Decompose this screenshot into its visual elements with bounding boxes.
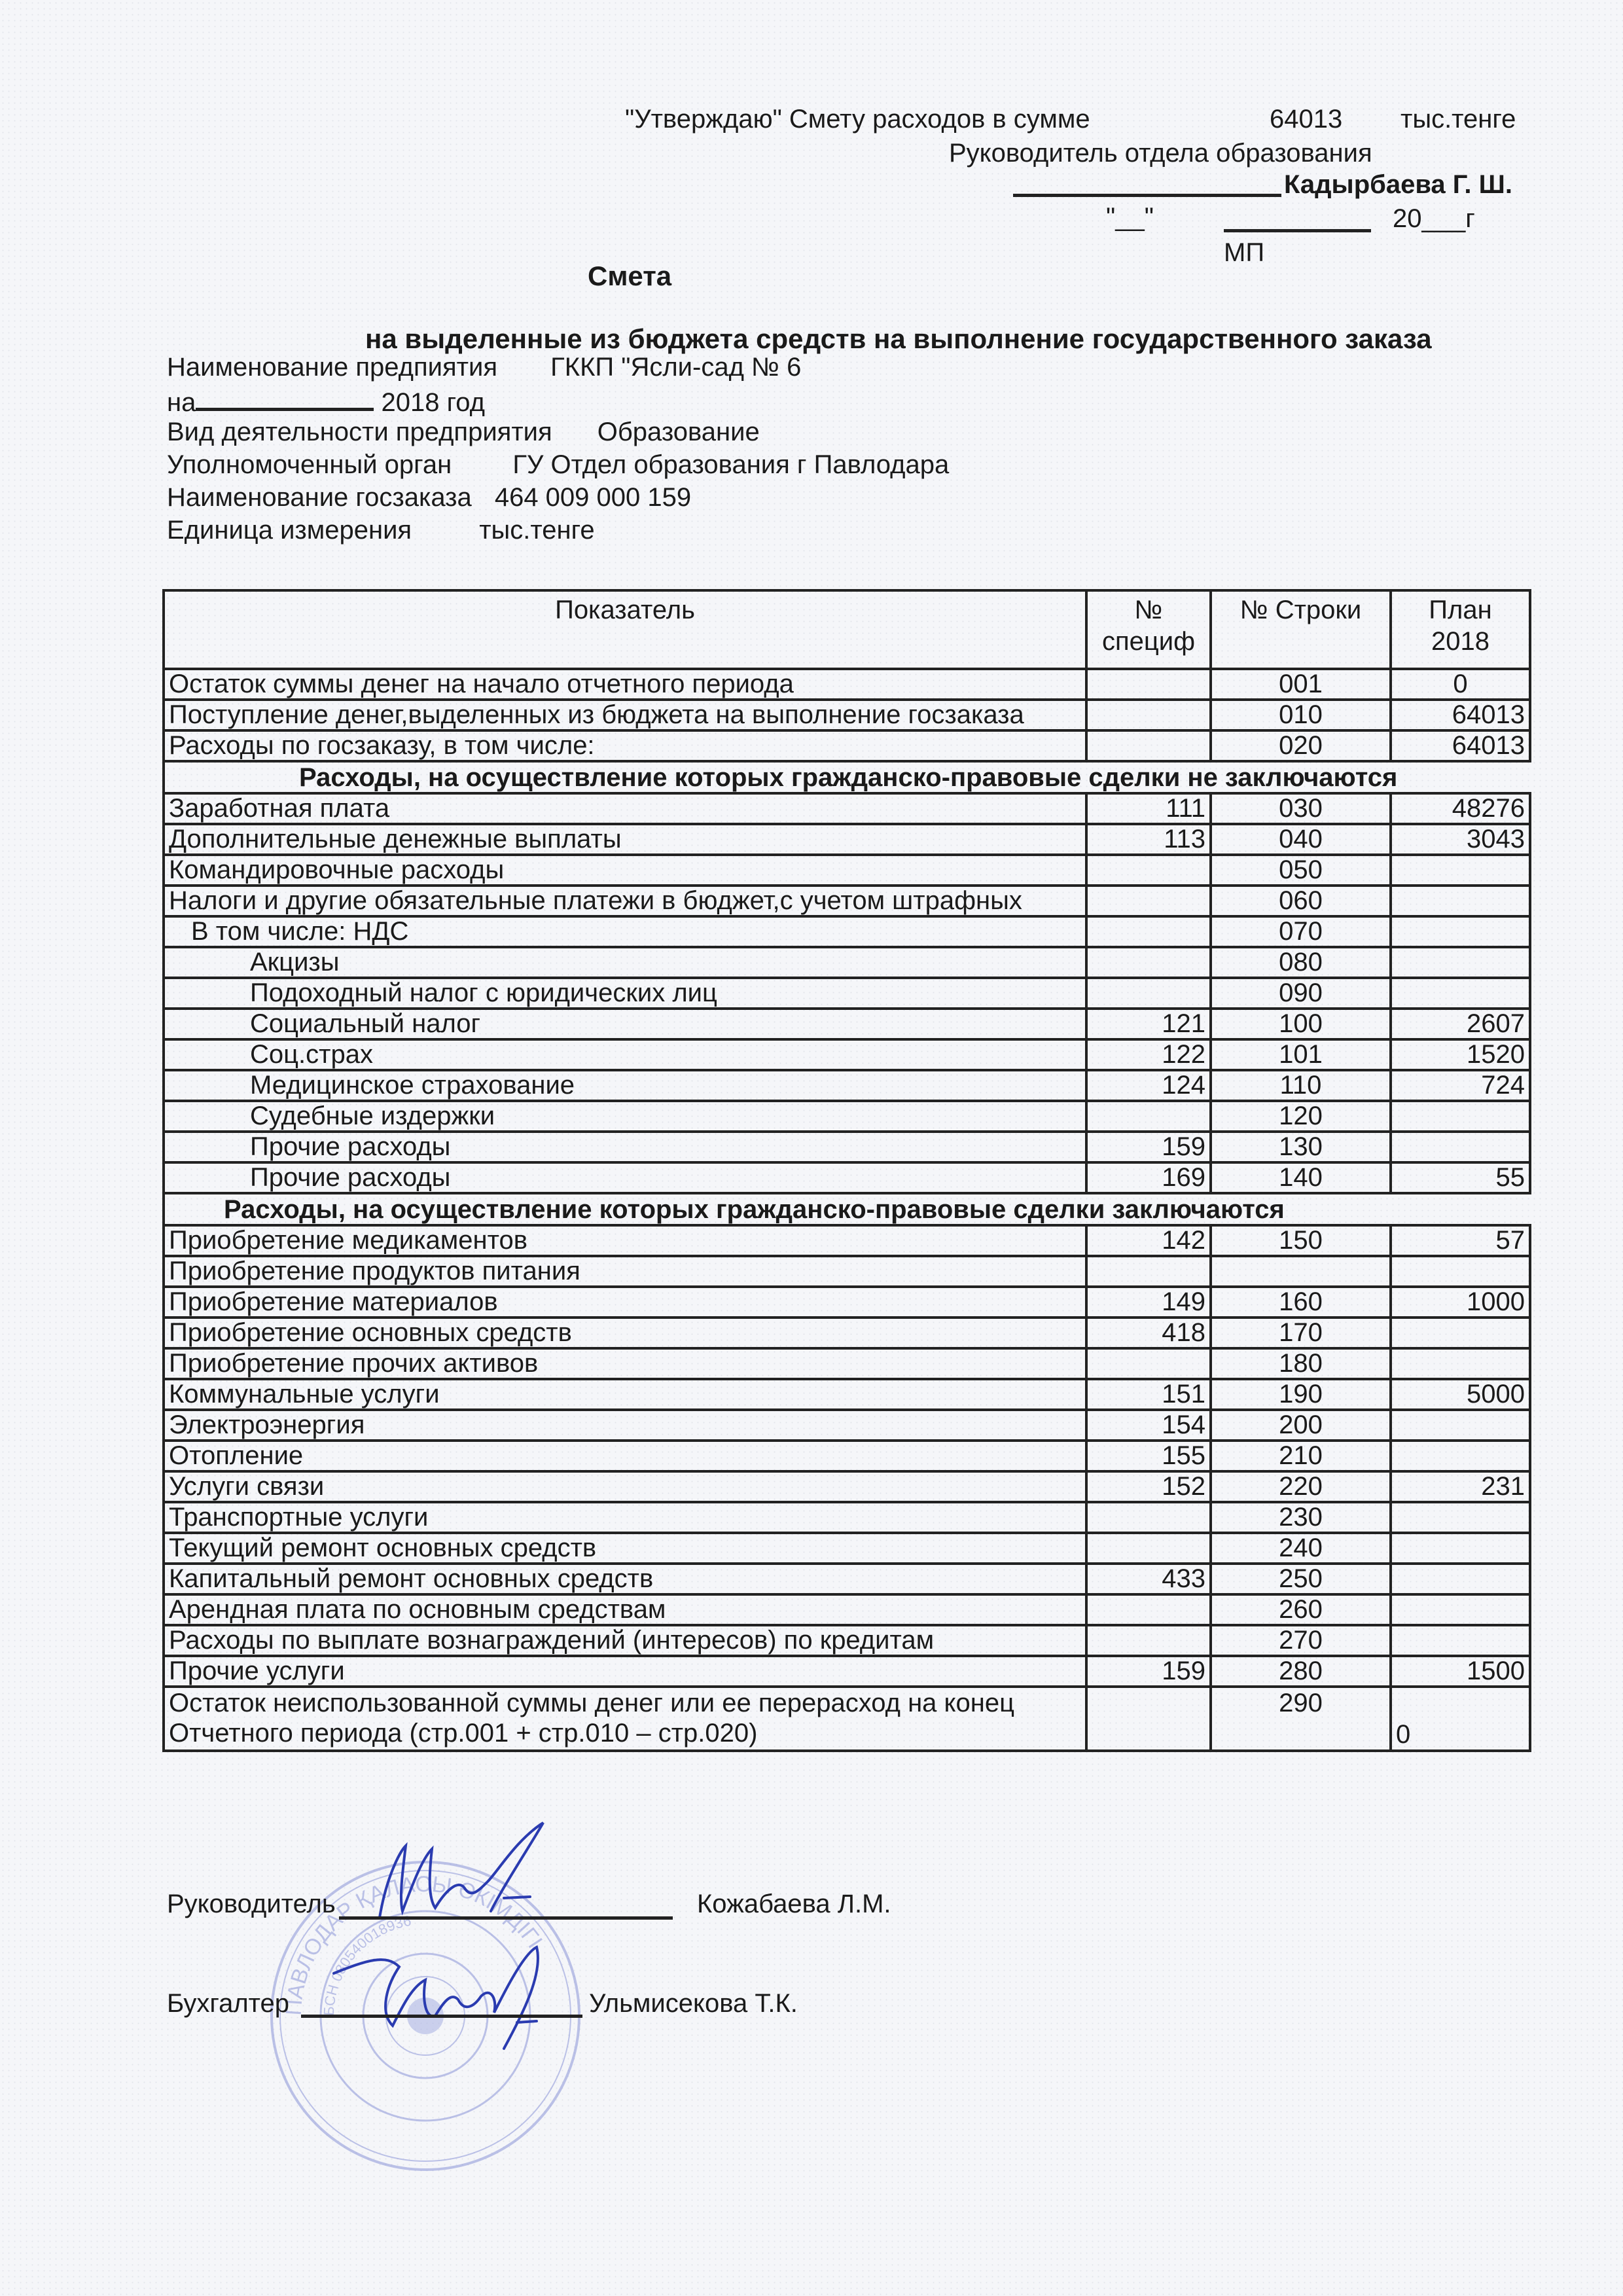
accountant-signature-icon	[327, 1934, 563, 2052]
plan-cell	[1391, 1594, 1530, 1625]
line-cell: 240	[1211, 1533, 1391, 1564]
plan-cell	[1391, 1348, 1530, 1379]
table-body: Остаток суммы денег на начало отчетного …	[164, 669, 1530, 1751]
info-order-name: Наименование госзаказа 464 009 000 159	[167, 482, 691, 513]
plan-cell: 48276	[1391, 793, 1530, 824]
spec-cell: 155	[1086, 1441, 1211, 1471]
spec-cell: 418	[1086, 1318, 1211, 1348]
plan-cell	[1391, 1502, 1530, 1533]
table-row: Прочие расходы159130	[164, 1132, 1530, 1162]
indicator-cell: Приобретение основных средств	[164, 1318, 1086, 1348]
indicator-cell: Приобретение материалов	[164, 1287, 1086, 1318]
plan-cell	[1391, 855, 1530, 886]
spec-cell: 142	[1086, 1225, 1211, 1256]
plan-cell	[1391, 916, 1530, 947]
line-cell: 001	[1211, 669, 1391, 700]
table-row: Подоходный налог с юридических лиц090	[164, 978, 1530, 1009]
info-value: ГУ Отдел образования г Павлодара	[512, 449, 949, 480]
spec-cell	[1086, 1256, 1211, 1287]
plan-cell: 231	[1391, 1471, 1530, 1502]
indicator-cell: Приобретение прочих активов	[164, 1348, 1086, 1379]
document-subtitle: на выделенные из бюджета средств на выпо…	[365, 323, 1432, 355]
line-cell: 170	[1211, 1318, 1391, 1348]
line-cell: 040	[1211, 824, 1391, 855]
approval-unit: тыс.тенге	[1400, 103, 1516, 135]
spec-cell: 121	[1086, 1009, 1211, 1039]
table-row: Соц.страх1221011520	[164, 1039, 1530, 1070]
plan-cell: 724	[1391, 1070, 1530, 1101]
spec-cell: 154	[1086, 1410, 1211, 1441]
spec-cell: 159	[1086, 1132, 1211, 1162]
indicator-cell: Транспортные услуги	[164, 1502, 1086, 1533]
indicator-cell: Налоги и другие обязательные платежи в б…	[164, 886, 1086, 916]
spec-cell: 122	[1086, 1039, 1211, 1070]
plan-cell: 0	[1391, 1687, 1530, 1751]
approver-signature-line	[1013, 194, 1281, 197]
info-unit: Единица измерения тыс.тенге	[167, 514, 595, 546]
spec-cell: 111	[1086, 793, 1211, 824]
line-cell: 220	[1211, 1471, 1391, 1502]
spec-cell: 113	[1086, 824, 1211, 855]
document-page: "Утверждаю" Смету расходов в сумме 64013…	[0, 0, 1623, 2296]
head-name: Кожабаева Л.М.	[697, 1888, 891, 1920]
spec-cell	[1086, 1348, 1211, 1379]
document-title: Смета	[588, 260, 671, 292]
info-enterprise-name: Наименование предпиятия ГККП "Ясли-сад №…	[167, 351, 801, 383]
spec-cell	[1086, 1533, 1211, 1564]
indicator-cell: Услуги связи	[164, 1471, 1086, 1502]
info-label: Наименование госзаказа	[167, 482, 472, 513]
accountant-signature-line	[301, 2015, 582, 2018]
spec-cell: 152	[1086, 1471, 1211, 1502]
indicator-cell: Дополнительные денежные выплаты	[164, 824, 1086, 855]
line-cell	[1211, 1256, 1391, 1287]
indicator-cell: Остаток неиспользованной суммы денег или…	[164, 1687, 1086, 1751]
info-label: Вид деятельности предприятия	[167, 416, 552, 448]
line-cell: 060	[1211, 886, 1391, 916]
spec-cell	[1086, 700, 1211, 730]
table-row: Арендная плата по основным средствам260	[164, 1594, 1530, 1625]
header-spec-line2: специф	[1092, 626, 1205, 657]
table-row: Приобретение материалов1491601000	[164, 1287, 1530, 1318]
approval-year-blank: 20___г	[1393, 203, 1475, 234]
spec-cell: 169	[1086, 1162, 1211, 1193]
line-cell: 180	[1211, 1348, 1391, 1379]
line-cell: 130	[1211, 1132, 1391, 1162]
table-section-row: Расходы, на осуществление которых гражда…	[164, 1193, 1530, 1225]
line-cell: 190	[1211, 1379, 1391, 1410]
plan-cell: 5000	[1391, 1379, 1530, 1410]
plan-cell	[1391, 1256, 1530, 1287]
plan-cell: 55	[1391, 1162, 1530, 1193]
info-activity-type: Вид деятельности предприятия Образование	[167, 416, 760, 448]
table-row: Текущий ремонт основных средств240	[164, 1533, 1530, 1564]
indicator-cell: Командировочные расходы	[164, 855, 1086, 886]
header-spec-line1: №	[1092, 594, 1205, 626]
plan-cell: 2607	[1391, 1009, 1530, 1039]
spec-cell	[1086, 1625, 1211, 1656]
table-row: Командировочные расходы050	[164, 855, 1530, 886]
period-blank	[196, 383, 374, 411]
line-cell: 030	[1211, 793, 1391, 824]
spec-cell	[1086, 947, 1211, 978]
table-row: Коммунальные услуги1511905000	[164, 1379, 1530, 1410]
plan-cell: 1500	[1391, 1656, 1530, 1687]
info-value: тыс.тенге	[479, 514, 594, 546]
header-plan: План 2018	[1391, 590, 1530, 669]
line-cell: 230	[1211, 1502, 1391, 1533]
indicator-cell: Текущий ремонт основных средств	[164, 1533, 1086, 1564]
head-signature-icon	[366, 1820, 589, 1931]
accountant-signature-label: Бухгалтер	[167, 1988, 289, 2019]
info-label: Единица измерения	[167, 514, 412, 546]
table-header-row: Показатель № специф № Строки План 2018	[164, 590, 1530, 669]
approver-name: Кадырбаева Г. Ш.	[1284, 169, 1512, 200]
table-row: Расходы по выплате вознаграждений (интер…	[164, 1625, 1530, 1656]
spec-cell	[1086, 730, 1211, 761]
line-cell: 090	[1211, 978, 1391, 1009]
info-authorized-body: Уполномоченный орган ГУ Отдел образовани…	[167, 449, 949, 480]
plan-cell: 57	[1391, 1225, 1530, 1256]
plan-cell: 64013	[1391, 730, 1530, 761]
budget-table: Показатель № специф № Строки План 2018 О…	[162, 589, 1531, 1752]
line-cell: 210	[1211, 1441, 1391, 1471]
table-row: Отопление155210	[164, 1441, 1530, 1471]
info-label: на	[167, 387, 196, 418]
indicator-cell: Коммунальные услуги	[164, 1379, 1086, 1410]
indicator-cell: Электроэнергия	[164, 1410, 1086, 1441]
indicator-line2: Отчетного периода (стр.001 + стр.010 – с…	[169, 1718, 1081, 1748]
accountant-name: Ульмисекова Т.К.	[589, 1988, 798, 2019]
header-plan-line2: 2018	[1396, 626, 1525, 657]
plan-cell: 1520	[1391, 1039, 1530, 1070]
indicator-cell: Капитальный ремонт основных средств	[164, 1564, 1086, 1594]
header-line-no: № Строки	[1211, 590, 1391, 669]
table-row: Расходы по госзаказу, в том числе:020640…	[164, 730, 1530, 761]
indicator-cell: Подоходный налог с юридических лиц	[164, 978, 1086, 1009]
line-cell: 050	[1211, 855, 1391, 886]
approval-day-blank: "__"	[1106, 202, 1154, 233]
info-value: 2018 год	[381, 387, 485, 418]
table-row: Приобретение продуктов питания	[164, 1256, 1530, 1287]
line-cell: 020	[1211, 730, 1391, 761]
indicator-line1: Остаток неиспользованной суммы денег или…	[169, 1688, 1081, 1718]
indicator-cell: Отопление	[164, 1441, 1086, 1471]
table-row: Поступление денег,выделенных из бюджета …	[164, 700, 1530, 730]
table-row: Прочие расходы16914055	[164, 1162, 1530, 1193]
spec-cell: 159	[1086, 1656, 1211, 1687]
line-cell: 260	[1211, 1594, 1391, 1625]
table-row: Транспортные услуги230	[164, 1502, 1530, 1533]
plan-cell	[1391, 1533, 1530, 1564]
indicator-cell: Расходы по выплате вознаграждений (интер…	[164, 1625, 1086, 1656]
indicator-cell: Приобретение медикаментов	[164, 1225, 1086, 1256]
header-plan-line1: План	[1396, 594, 1525, 626]
table-row: Заработная плата11103048276	[164, 793, 1530, 824]
plan-cell	[1391, 1410, 1530, 1441]
spec-cell	[1086, 855, 1211, 886]
plan-cell: 0	[1391, 669, 1530, 700]
table-row: Капитальный ремонт основных средств43325…	[164, 1564, 1530, 1594]
table-row: Дополнительные денежные выплаты113040304…	[164, 824, 1530, 855]
line-cell: 280	[1211, 1656, 1391, 1687]
table-row: Налоги и другие обязательные платежи в б…	[164, 886, 1530, 916]
plan-cell	[1391, 1132, 1530, 1162]
spec-cell	[1086, 886, 1211, 916]
line-cell: 200	[1211, 1410, 1391, 1441]
info-value: ГККП "Ясли-сад № 6	[550, 351, 801, 383]
spec-cell	[1086, 978, 1211, 1009]
line-cell: 140	[1211, 1162, 1391, 1193]
header-indicator: Показатель	[164, 590, 1086, 669]
table-row: Социальный налог1211002607	[164, 1009, 1530, 1039]
indicator-cell: Социальный налог	[164, 1009, 1086, 1039]
table-row: Приобретение основных средств418170	[164, 1318, 1530, 1348]
head-signature-line	[339, 1916, 673, 1920]
info-label: Уполномоченный орган	[167, 449, 452, 480]
approver-role: Руководитель отдела образования	[949, 137, 1372, 169]
line-cell: 110	[1211, 1070, 1391, 1101]
plan-cell	[1391, 1441, 1530, 1471]
plan-cell	[1391, 978, 1530, 1009]
spec-cell: 151	[1086, 1379, 1211, 1410]
spec-cell	[1086, 1594, 1211, 1625]
line-cell: 290	[1211, 1687, 1391, 1751]
table-row: Прочие услуги1592801500	[164, 1656, 1530, 1687]
indicator-cell: Медицинское страхование	[164, 1070, 1086, 1101]
table-row: Судебные издержки120	[164, 1101, 1530, 1132]
line-cell: 150	[1211, 1225, 1391, 1256]
table-row: Медицинское страхование124110724	[164, 1070, 1530, 1101]
plan-cell: 3043	[1391, 824, 1530, 855]
line-cell: 270	[1211, 1625, 1391, 1656]
section-label: Расходы, на осуществление которых гражда…	[164, 1193, 1530, 1225]
line-cell: 100	[1211, 1009, 1391, 1039]
line-cell: 010	[1211, 700, 1391, 730]
spec-cell: 433	[1086, 1564, 1211, 1594]
section-label: Расходы, на осуществление которых гражда…	[164, 761, 1530, 793]
plan-cell	[1391, 1625, 1530, 1656]
table-row: Остаток неиспользованной суммы денег или…	[164, 1687, 1530, 1751]
table-row: Услуги связи152220231	[164, 1471, 1530, 1502]
spec-cell	[1086, 916, 1211, 947]
spec-cell	[1086, 1687, 1211, 1751]
table-row: Приобретение медикаментов14215057	[164, 1225, 1530, 1256]
indicator-cell: Приобретение продуктов питания	[164, 1256, 1086, 1287]
info-value: Образование	[597, 416, 760, 448]
indicator-cell: Прочие расходы	[164, 1162, 1086, 1193]
indicator-cell: Остаток суммы денег на начало отчетного …	[164, 669, 1086, 700]
indicator-cell: Судебные издержки	[164, 1101, 1086, 1132]
spec-cell	[1086, 1101, 1211, 1132]
table-row: В том числе: НДС070	[164, 916, 1530, 947]
line-cell: 070	[1211, 916, 1391, 947]
approval-sum: 64013	[1270, 103, 1342, 135]
line-cell: 080	[1211, 947, 1391, 978]
plan-cell: 64013	[1391, 700, 1530, 730]
approval-statement: "Утверждаю" Смету расходов в сумме	[625, 103, 1090, 135]
line-cell: 250	[1211, 1564, 1391, 1594]
indicator-cell: Заработная плата	[164, 793, 1086, 824]
line-cell: 120	[1211, 1101, 1391, 1132]
spec-cell	[1086, 1502, 1211, 1533]
table-section-row: Расходы, на осуществление которых гражда…	[164, 761, 1530, 793]
plan-cell	[1391, 1564, 1530, 1594]
indicator-cell: Прочие услуги	[164, 1656, 1086, 1687]
table-row: Приобретение прочих активов180	[164, 1348, 1530, 1379]
indicator-cell: Акцизы	[164, 947, 1086, 978]
plan-cell	[1391, 1101, 1530, 1132]
approval-month-blank	[1224, 229, 1371, 232]
line-cell: 160	[1211, 1287, 1391, 1318]
spec-cell: 124	[1086, 1070, 1211, 1101]
spec-cell: 149	[1086, 1287, 1211, 1318]
indicator-cell: Соц.страх	[164, 1039, 1086, 1070]
plan-cell	[1391, 947, 1530, 978]
line-cell: 101	[1211, 1039, 1391, 1070]
indicator-cell: Расходы по госзаказу, в том числе:	[164, 730, 1086, 761]
info-period: на 2018 год	[167, 383, 485, 418]
indicator-cell: Прочие расходы	[164, 1132, 1086, 1162]
head-signature-label: Руководитель	[167, 1888, 336, 1920]
plan-cell: 1000	[1391, 1287, 1530, 1318]
table-row: Электроэнергия154200	[164, 1410, 1530, 1441]
info-label: Наименование предпиятия	[167, 351, 497, 383]
table-row: Остаток суммы денег на начало отчетного …	[164, 669, 1530, 700]
plan-cell	[1391, 886, 1530, 916]
spec-cell	[1086, 669, 1211, 700]
info-value: 464 009 000 159	[495, 482, 691, 513]
table-row: Акцизы080	[164, 947, 1530, 978]
indicator-cell: В том числе: НДС	[164, 916, 1086, 947]
plan-cell	[1391, 1318, 1530, 1348]
seal-place-label: МП	[1224, 237, 1264, 268]
indicator-cell: Поступление денег,выделенных из бюджета …	[164, 700, 1086, 730]
indicator-cell: Арендная плата по основным средствам	[164, 1594, 1086, 1625]
header-spec: № специф	[1086, 590, 1211, 669]
